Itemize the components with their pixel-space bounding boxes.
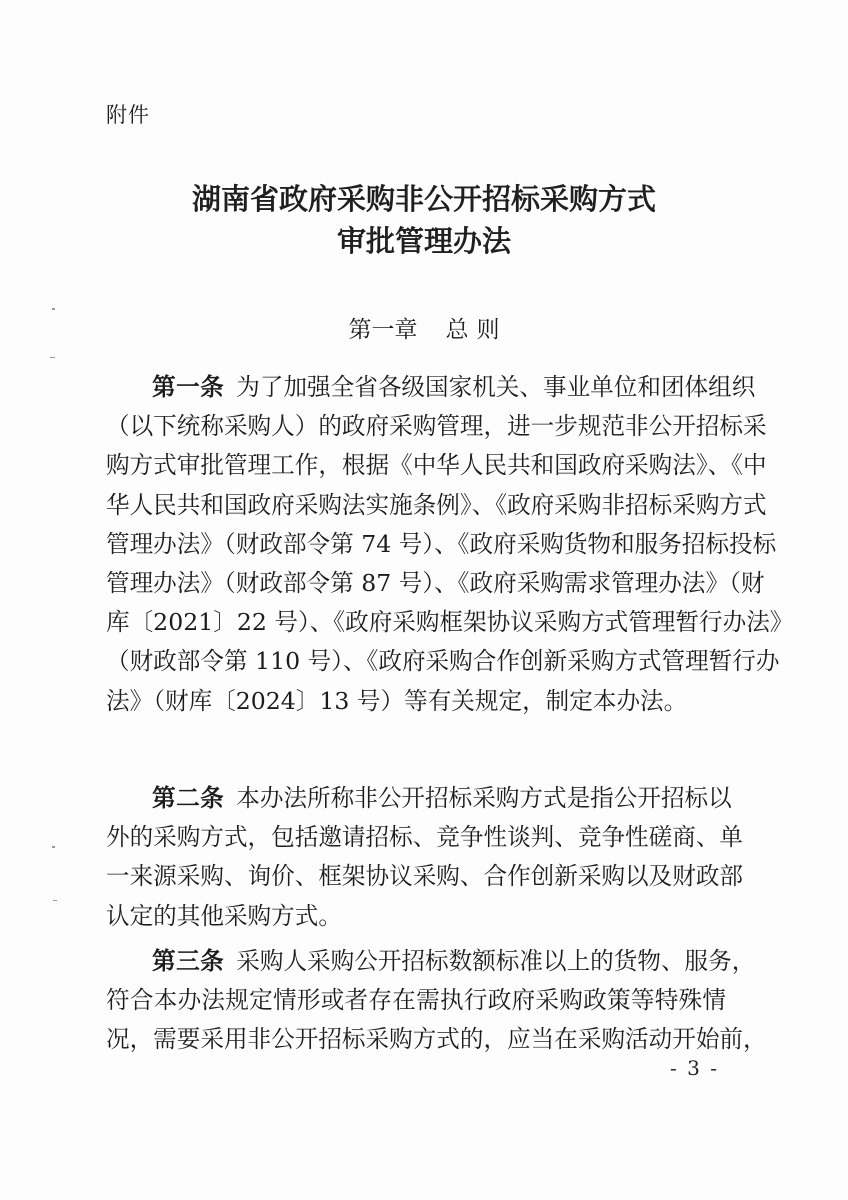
article-1-label: 第一条 <box>152 373 224 401</box>
article-3-label: 第三条 <box>152 947 224 975</box>
article-2-line-4: 认定的其他采购方式。 <box>106 897 726 936</box>
scan-artifact <box>52 846 55 848</box>
article-2: 第二条本办法所称非公开招标采购方式是指公开招标以 外的采购方式，包括邀请招标、竞… <box>106 779 726 936</box>
document-page: 附件 湖南省政府采购非公开招标采购方式 审批管理办法 第一章总则 第一条为了加强… <box>0 0 848 1200</box>
article-1-line-1: 第一条为了加强全省各级国家机关、事业单位和团体组织 <box>106 368 726 407</box>
article-text: 为了加强全省各级国家机关、事业单位和团体组织 <box>236 373 755 401</box>
article-2-label: 第二条 <box>152 784 224 812</box>
article-1-line-8: （财政部令第 110 号）、《政府采购合作创新采购方式管理暂行办 <box>106 642 726 681</box>
scan-artifact <box>50 357 55 358</box>
attachment-label: 附件 <box>106 101 150 129</box>
article-2-line-3: 一来源采购、询价、框架协议采购、合作创新采购以及财政部 <box>106 857 726 896</box>
article-1-line-4: 华人民共和国政府采购法实施条例》、《政府采购非招标采购方式 <box>106 486 726 525</box>
scan-artifact <box>53 900 57 901</box>
chapter-number: 第一章 <box>349 317 418 343</box>
article-text: 本办法所称非公开招标采购方式是指公开招标以 <box>236 784 731 812</box>
chapter-name-part2: 则 <box>477 317 500 343</box>
article-1-line-3: 购方式审批管理工作，根据《中华人民共和国政府采购法》、《中 <box>106 446 726 485</box>
article-1: 第一条为了加强全省各级国家机关、事业单位和团体组织 （以下统称采购人）的政府采购… <box>106 368 726 721</box>
title-line-1: 湖南省政府采购非公开招标采购方式 <box>0 178 848 220</box>
chapter-name-part1: 总 <box>446 317 469 343</box>
article-1-line-6: 管理办法》（财政部令第 87 号）、《政府采购需求管理办法》（财 <box>106 564 726 603</box>
document-title: 湖南省政府采购非公开招标采购方式 审批管理办法 <box>0 178 848 262</box>
article-2-line-1: 第二条本办法所称非公开招标采购方式是指公开招标以 <box>106 779 726 818</box>
article-2-line-2: 外的采购方式，包括邀请招标、竞争性谈判、竞争性磋商、单 <box>106 818 726 857</box>
article-1-line-7: 库〔2021〕22 号）、《政府采购框架协议采购方式管理暂行办法》 <box>106 603 726 642</box>
article-3-line-1: 第三条采购人采购公开招标数额标准以上的货物、服务， <box>106 942 726 981</box>
article-1-line-2: （以下统称采购人）的政府采购管理，进一步规范非公开招标采 <box>106 407 726 446</box>
article-3-line-2: 符合本办法规定情形或者存在需执行政府采购政策等特殊情 <box>106 981 726 1020</box>
article-1-line-5: 管理办法》（财政部令第 74 号）、《政府采购货物和服务招标投标 <box>106 525 726 564</box>
page-number: - 3 - <box>670 1054 719 1082</box>
scan-artifact <box>52 308 55 310</box>
chapter-heading: 第一章总则 <box>0 314 848 346</box>
title-line-2: 审批管理办法 <box>0 220 848 262</box>
article-1-line-9: 法》（财库〔2024〕13 号）等有关规定，制定本办法。 <box>106 682 726 721</box>
article-3: 第三条采购人采购公开招标数额标准以上的货物、服务， 符合本办法规定情形或者存在需… <box>106 942 726 1060</box>
article-text: 采购人采购公开招标数额标准以上的货物、服务， <box>236 947 755 975</box>
article-3-line-3: 况，需要采用非公开招标采购方式的，应当在采购活动开始前， <box>106 1020 726 1059</box>
